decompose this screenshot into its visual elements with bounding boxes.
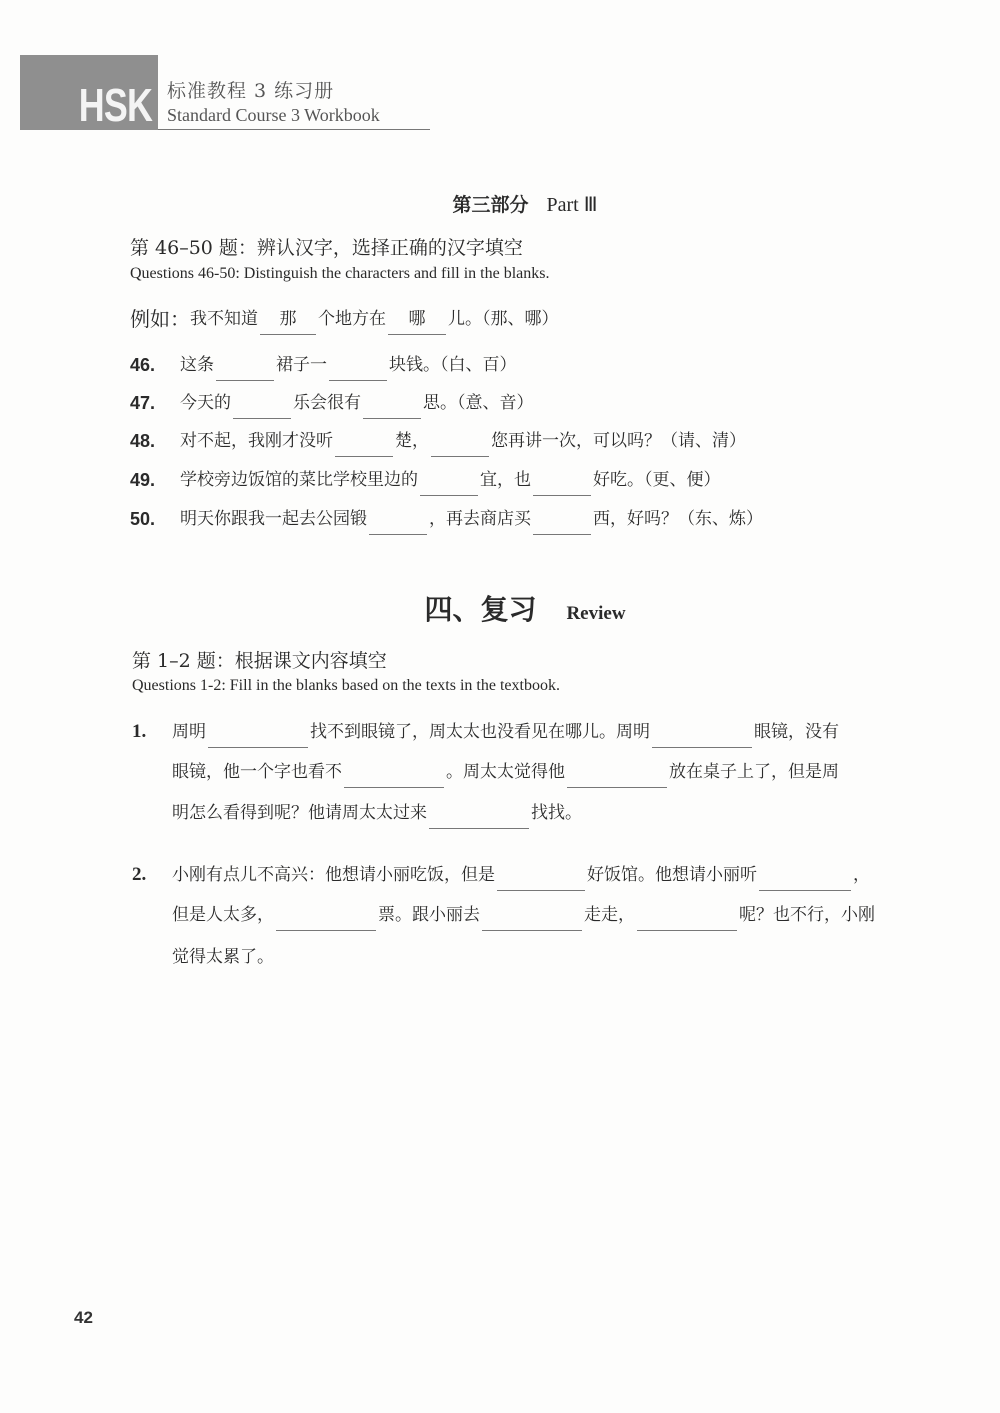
hsk-logo-text: HSK (79, 82, 152, 128)
question-number: 47. (130, 391, 180, 415)
answer-blank[interactable] (637, 908, 737, 931)
example-blank: 那 (260, 312, 316, 335)
exercise-text: 找不到眼镜了，周太太也没看见在哪儿。周明 (310, 720, 650, 744)
question-text: 西，好吗？（东、炼） (593, 507, 763, 531)
question-text: 裙子一 (276, 353, 327, 377)
question-text: 这条 (180, 353, 214, 377)
exercise-text: ， (853, 863, 870, 887)
book-title-zh: 标准教程 3 练习册 (167, 76, 334, 103)
example-blank: 哪 (388, 312, 446, 335)
part3-title: 第三部分Part Ⅲ (0, 190, 1000, 217)
question-text: 对不起，我刚才没听 (180, 429, 333, 453)
example-seg: 儿。（那、哪） (448, 307, 559, 331)
question-number: 48. (130, 429, 180, 453)
answer-blank[interactable] (533, 473, 591, 496)
hsk-logo-block: HSK (20, 55, 158, 130)
exercise-text: 好饭馆。他想请小丽听 (587, 863, 757, 887)
header-rule (158, 129, 430, 130)
answer-blank[interactable] (567, 765, 667, 788)
question-number: 46. (130, 353, 180, 377)
exercise-text: 觉得太累了。 (172, 945, 274, 969)
example-line: 例如： 我不知道 那 个地方在 哪 儿。（那、哪） (130, 307, 559, 331)
example-label: 例如： (130, 307, 190, 331)
part3-instruction-en: Questions 46-50: Distinguish the charact… (130, 265, 549, 283)
part3-title-en: Part Ⅲ (547, 194, 598, 216)
question-text: 乐会很有 (293, 391, 361, 415)
answer-blank[interactable] (369, 512, 427, 535)
review-title: 四、复习Review (0, 588, 1000, 628)
exercise-text: 放在桌子上了，但是周 (669, 760, 839, 784)
answer-blank[interactable] (233, 396, 291, 419)
exercise-2-line-1: 小刚有点儿不高兴：他想请小丽吃饭，但是 好饭馆。他想请小丽听 ， (172, 863, 870, 887)
question-number: 50. (130, 507, 180, 531)
exercise-text: 走走， (584, 903, 635, 927)
exercise-text: 但是人太多， (172, 903, 274, 927)
question-48: 48. 对不起，我刚才没听 楚， 您再讲一次，可以吗？（请、清） (130, 429, 746, 453)
example-answer: 那 (280, 309, 297, 329)
question-text: 好吃。（更、便） (593, 468, 721, 492)
answer-blank[interactable] (335, 434, 393, 457)
answer-blank[interactable] (363, 396, 421, 419)
exercise-1-line-3: 明怎么看得到呢？他请周太太过来 找找。 (172, 801, 582, 825)
review-title-en: Review (566, 603, 625, 624)
exercise-text: 明怎么看得到呢？他请周太太过来 (172, 801, 427, 825)
question-47: 47. 今天的 乐会很有 思。（意、音） (130, 391, 534, 415)
answer-blank[interactable] (276, 908, 376, 931)
question-text: 楚， (395, 429, 429, 453)
review-instruction-en: Questions 1-2: Fill in the blanks based … (132, 677, 560, 695)
question-text: 明天你跟我一起去公园锻 (180, 507, 367, 531)
page-number: 42 (74, 1308, 93, 1328)
example-answer: 哪 (409, 309, 426, 329)
exercise-text: 找找。 (531, 801, 582, 825)
question-number: 49. (130, 468, 180, 492)
exercise-text: 呢？也不行，小刚 (739, 903, 875, 927)
answer-blank[interactable] (420, 473, 478, 496)
question-text: ，再去商店买 (429, 507, 531, 531)
exercise-number: 2. (132, 864, 146, 886)
example-seg: 我不知道 (190, 307, 258, 331)
answer-blank[interactable] (329, 358, 387, 381)
question-text: 块钱。（白、百） (389, 353, 517, 377)
question-text: 您再讲一次，可以吗？（请、清） (491, 429, 746, 453)
exercise-text: 小刚有点儿不高兴：他想请小丽吃饭，但是 (172, 863, 495, 887)
answer-blank[interactable] (208, 725, 308, 748)
question-text: 宜，也 (480, 468, 531, 492)
exercise-text: 。周太太觉得他 (446, 760, 565, 784)
exercise-2-line-2: 但是人太多， 票。跟小丽去 走走， 呢？也不行，小刚 (172, 903, 875, 927)
exercise-text: 眼镜，没有 (754, 720, 839, 744)
book-title-en: Standard Course 3 Workbook (167, 105, 380, 126)
answer-blank[interactable] (344, 765, 444, 788)
question-text: 思。（意、音） (423, 391, 534, 415)
answer-blank[interactable] (497, 868, 585, 891)
exercise-text: 眼镜，他一个字也看不 (172, 760, 342, 784)
part3-title-zh: 第三部分 (452, 194, 528, 216)
review-instruction-zh: 第 1–2 题：根据课文内容填空 (132, 646, 387, 673)
question-50: 50. 明天你跟我一起去公园锻 ，再去商店买 西，好吗？（东、炼） (130, 507, 763, 531)
review-title-zh: 四、复习 (424, 593, 536, 626)
answer-blank[interactable] (652, 725, 752, 748)
question-text: 学校旁边饭馆的菜比学校里边的 (180, 468, 418, 492)
exercise-text: 票。跟小丽去 (378, 903, 480, 927)
exercise-1-line-1: 周明 找不到眼镜了，周太太也没看见在哪儿。周明 眼镜，没有 (172, 720, 839, 744)
answer-blank[interactable] (759, 868, 851, 891)
answer-blank[interactable] (216, 358, 274, 381)
answer-blank[interactable] (429, 806, 529, 829)
answer-blank[interactable] (533, 512, 591, 535)
exercise-text: 周明 (172, 720, 206, 744)
exercise-2-line-3: 觉得太累了。 (172, 945, 274, 969)
question-46: 46. 这条 裙子一 块钱。（白、百） (130, 353, 517, 377)
example-seg: 个地方在 (318, 307, 386, 331)
answer-blank[interactable] (482, 908, 582, 931)
question-text: 今天的 (180, 391, 231, 415)
part3-instruction-zh: 第 46–50 题：辨认汉字，选择正确的汉字填空 (130, 233, 523, 260)
exercise-number: 1. (132, 721, 146, 743)
answer-blank[interactable] (431, 434, 489, 457)
question-49: 49. 学校旁边饭馆的菜比学校里边的 宜，也 好吃。（更、便） (130, 468, 721, 492)
exercise-1-line-2: 眼镜，他一个字也看不 。周太太觉得他 放在桌子上了，但是周 (172, 760, 839, 784)
